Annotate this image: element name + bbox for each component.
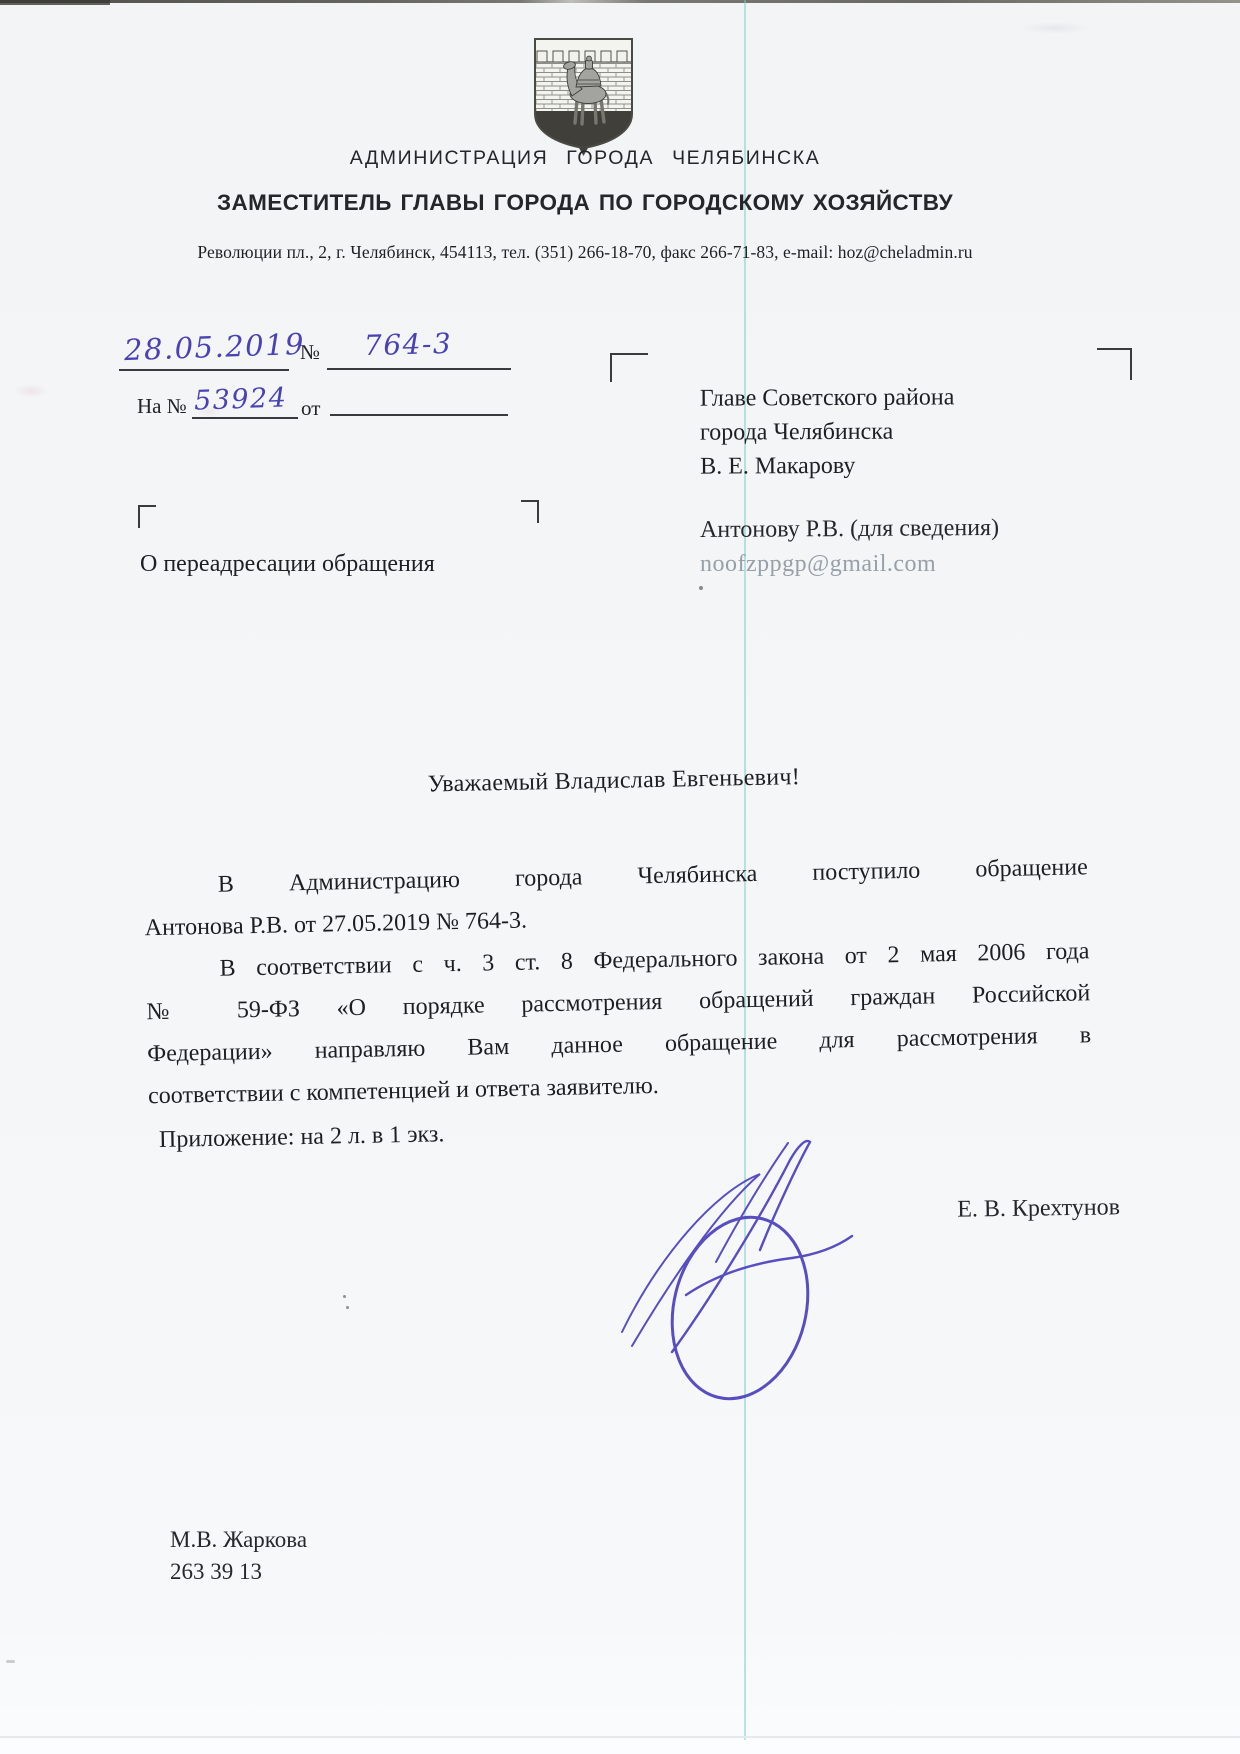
recipient-line: Главе Советского района [700, 380, 955, 415]
contact-line: Революции пл., 2, г. Челябинск, 454113, … [85, 242, 1085, 263]
scan-bottom-line-artifact [0, 1736, 1240, 1738]
scan-top-corner-artifact [0, 0, 110, 5]
body-line: В соответствии с ч. 3 ст. 8 Федерального… [145, 938, 1089, 984]
scan-smudge [14, 384, 48, 398]
subject-zone-corner-top-right [521, 500, 539, 523]
scanned-letter-page: АДМИНИСТРАЦИЯ ГОРОДА ЧЕЛЯБИНСКА ЗАМЕСТИТ… [0, 0, 1240, 1754]
subject-line: О переадресации обращения [140, 551, 435, 578]
scan-top-edge-artifact [0, 0, 1240, 3]
number-underline [327, 368, 511, 370]
address-zone-corner-top-left [610, 353, 648, 382]
reply-number-handwritten: 53924 [193, 382, 287, 416]
salutation: Уважаемый Владислав Евгеньевич! [142, 758, 1086, 804]
address-zone-corner-top-right [1097, 348, 1132, 380]
outgoing-number-handwritten: 764-3 [364, 327, 453, 362]
reply-date-underline [330, 414, 508, 416]
subject-zone-corner-top-left [138, 505, 156, 528]
body-line: Федерации» направляю Вам данное обращени… [147, 1022, 1091, 1068]
body-line: соответствии с компетенцией и ответа зая… [148, 1064, 1092, 1110]
outgoing-date-handwritten: 28.05.2019 [123, 327, 305, 367]
recipient-block: Главе Советского района города Челябинск… [700, 380, 955, 483]
copy-recipient-line: Антонову Р.В. (для сведения) [700, 515, 999, 544]
reply-number-underline [192, 417, 298, 419]
reply-from-label: от [301, 396, 320, 421]
body-line: № 59-ФЗ «О порядке рассмотрения обращени… [146, 980, 1090, 1026]
department-title: ЗАМЕСТИТЕЛЬ ГЛАВЫ ГОРОДА ПО ГОРОДСКОМУ Х… [85, 190, 1085, 216]
body-line: Антонова Р.В. от 27.05.2019 № 764-3. [144, 896, 1088, 942]
copy-recipient-email: noofzppgp@gmail.com [700, 551, 936, 578]
scan-bottom-band-artifact [0, 1740, 1240, 1754]
coat-of-arms-camel-emblem [532, 36, 635, 156]
scan-speck [6, 1660, 15, 1663]
recipient-line: В. Е. Макарову [700, 448, 955, 483]
reply-prefix-label: На № [137, 394, 187, 419]
shield-field [535, 39, 632, 151]
org-name: АДМИНИСТРАЦИЯ ГОРОДА ЧЕЛЯБИНСКА [85, 147, 1085, 170]
date-underline [119, 369, 289, 371]
executor-block: М.В. Жаркова 263 39 13 [170, 1524, 307, 1588]
handwritten-signature [560, 1110, 880, 1420]
scan-speck [343, 1295, 347, 1311]
recipient-line: города Челябинска [700, 414, 955, 449]
executor-name: М.В. Жаркова [170, 1524, 307, 1556]
scan-speck [699, 586, 703, 590]
body-line: В Администрацию города Челябинска поступ… [144, 854, 1088, 900]
signer-name: Е. В. Крехтунов [880, 1194, 1120, 1224]
number-sign-label: № [300, 340, 320, 365]
scan-smudge [1020, 22, 1090, 34]
executor-phone: 263 39 13 [170, 1556, 307, 1588]
